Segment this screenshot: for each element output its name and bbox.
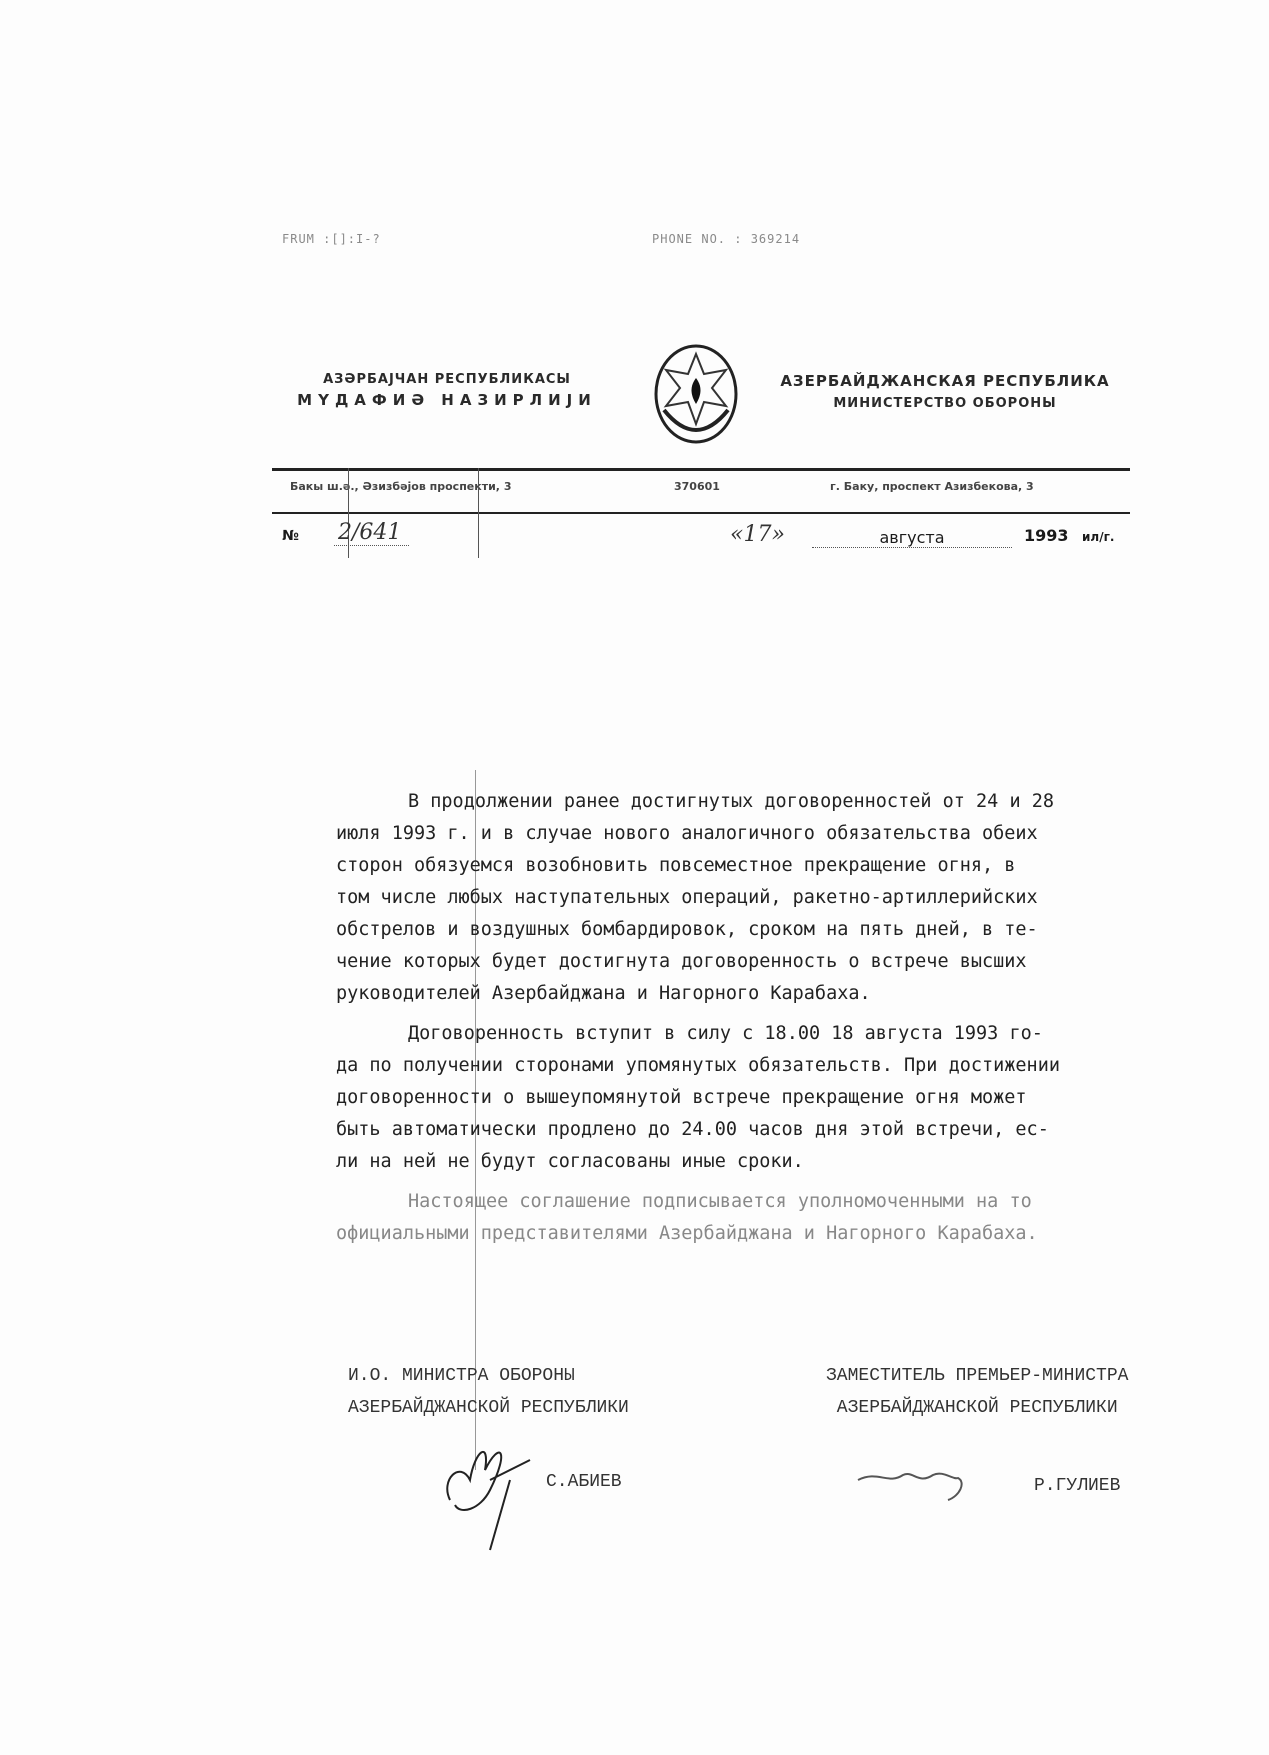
letterhead-russian: АЗЕРБАЙДЖАНСКАЯ РЕСПУБЛИКА МИНИСТЕРСТВО … xyxy=(780,372,1110,411)
signatory-left-title-line1: И.О. МИНИСТРА ОБОРОНЫ xyxy=(348,1360,629,1392)
address-zip: 370601 xyxy=(674,480,720,493)
signatory-right-title-line1: ЗАМЕСТИТЕЛЬ ПРЕМЬЕР-МИНИСТРА xyxy=(826,1360,1128,1392)
reference-number: 2/641 xyxy=(334,520,409,546)
reference-row: № 2/641 «17» августа 1993 ил/г. xyxy=(282,520,1122,550)
reference-year-suffix: ил/г. xyxy=(1082,530,1114,544)
fax-from-line: FRUM :[]:I-? xyxy=(282,232,381,246)
fax-document-page: FRUM :[]:I-? PHONE NO. : 369214 АЗӘРБАЈЧ… xyxy=(0,0,1269,1755)
fax-phone-line: PHONE NO. : 369214 xyxy=(652,232,800,246)
letterhead-rule-bottom xyxy=(272,512,1130,514)
letterhead-azerbaijani: АЗӘРБАЈЧАН РЕСПУБЛИКАСЫ МҮДАФИӘ НАЗИРЛИЈ… xyxy=(282,372,612,409)
state-emblem-icon xyxy=(650,340,742,452)
letterhead-az-country: АЗӘРБАЈЧАН РЕСПУБЛИКАСЫ xyxy=(282,372,612,387)
signature-right-icon xyxy=(848,1450,978,1510)
letter-body: В продолжении ранее достигнутых договоре… xyxy=(336,786,1158,1250)
letterhead-ru-country: АЗЕРБАЙДЖАНСКАЯ РЕСПУБЛИКА xyxy=(780,372,1110,390)
reference-year: 1993 xyxy=(1024,526,1069,545)
signatory-right-name: Р.ГУЛИЕВ xyxy=(1034,1476,1120,1496)
signatory-left-title: И.О. МИНИСТРА ОБОРОНЫ АЗЕРБАЙДЖАНСКОЙ РЕ… xyxy=(348,1360,629,1424)
body-paragraph: Настоящее соглашение подписывается уполн… xyxy=(336,1186,1158,1250)
letterhead-rule-top xyxy=(272,468,1130,471)
reference-month: августа xyxy=(812,528,1012,548)
signature-left-icon xyxy=(430,1420,550,1560)
reference-day: «17» xyxy=(730,522,785,547)
body-paragraph: Договоренность вступит в силу с 18.00 18… xyxy=(336,1018,1158,1178)
signatory-left-name: С.АБИЕВ xyxy=(546,1472,622,1492)
signatory-right-title: ЗАМЕСТИТЕЛЬ ПРЕМЬЕР-МИНИСТРА АЗЕРБАЙДЖАН… xyxy=(826,1360,1128,1424)
reference-number-label: № xyxy=(282,528,299,544)
signatory-right-title-line2: АЗЕРБАЙДЖАНСКОЙ РЕСПУБЛИКИ xyxy=(826,1392,1128,1424)
address-russian: г. Баку, проспект Азизбекова, 3 xyxy=(830,480,1034,493)
letterhead-ru-ministry: МИНИСТЕРСТВО ОБОРОНЫ xyxy=(780,396,1110,411)
letterhead-az-ministry: МҮДАФИӘ НАЗИРЛИЈИ xyxy=(282,391,612,409)
body-paragraph: В продолжении ранее достигнутых договоре… xyxy=(336,786,1158,1010)
